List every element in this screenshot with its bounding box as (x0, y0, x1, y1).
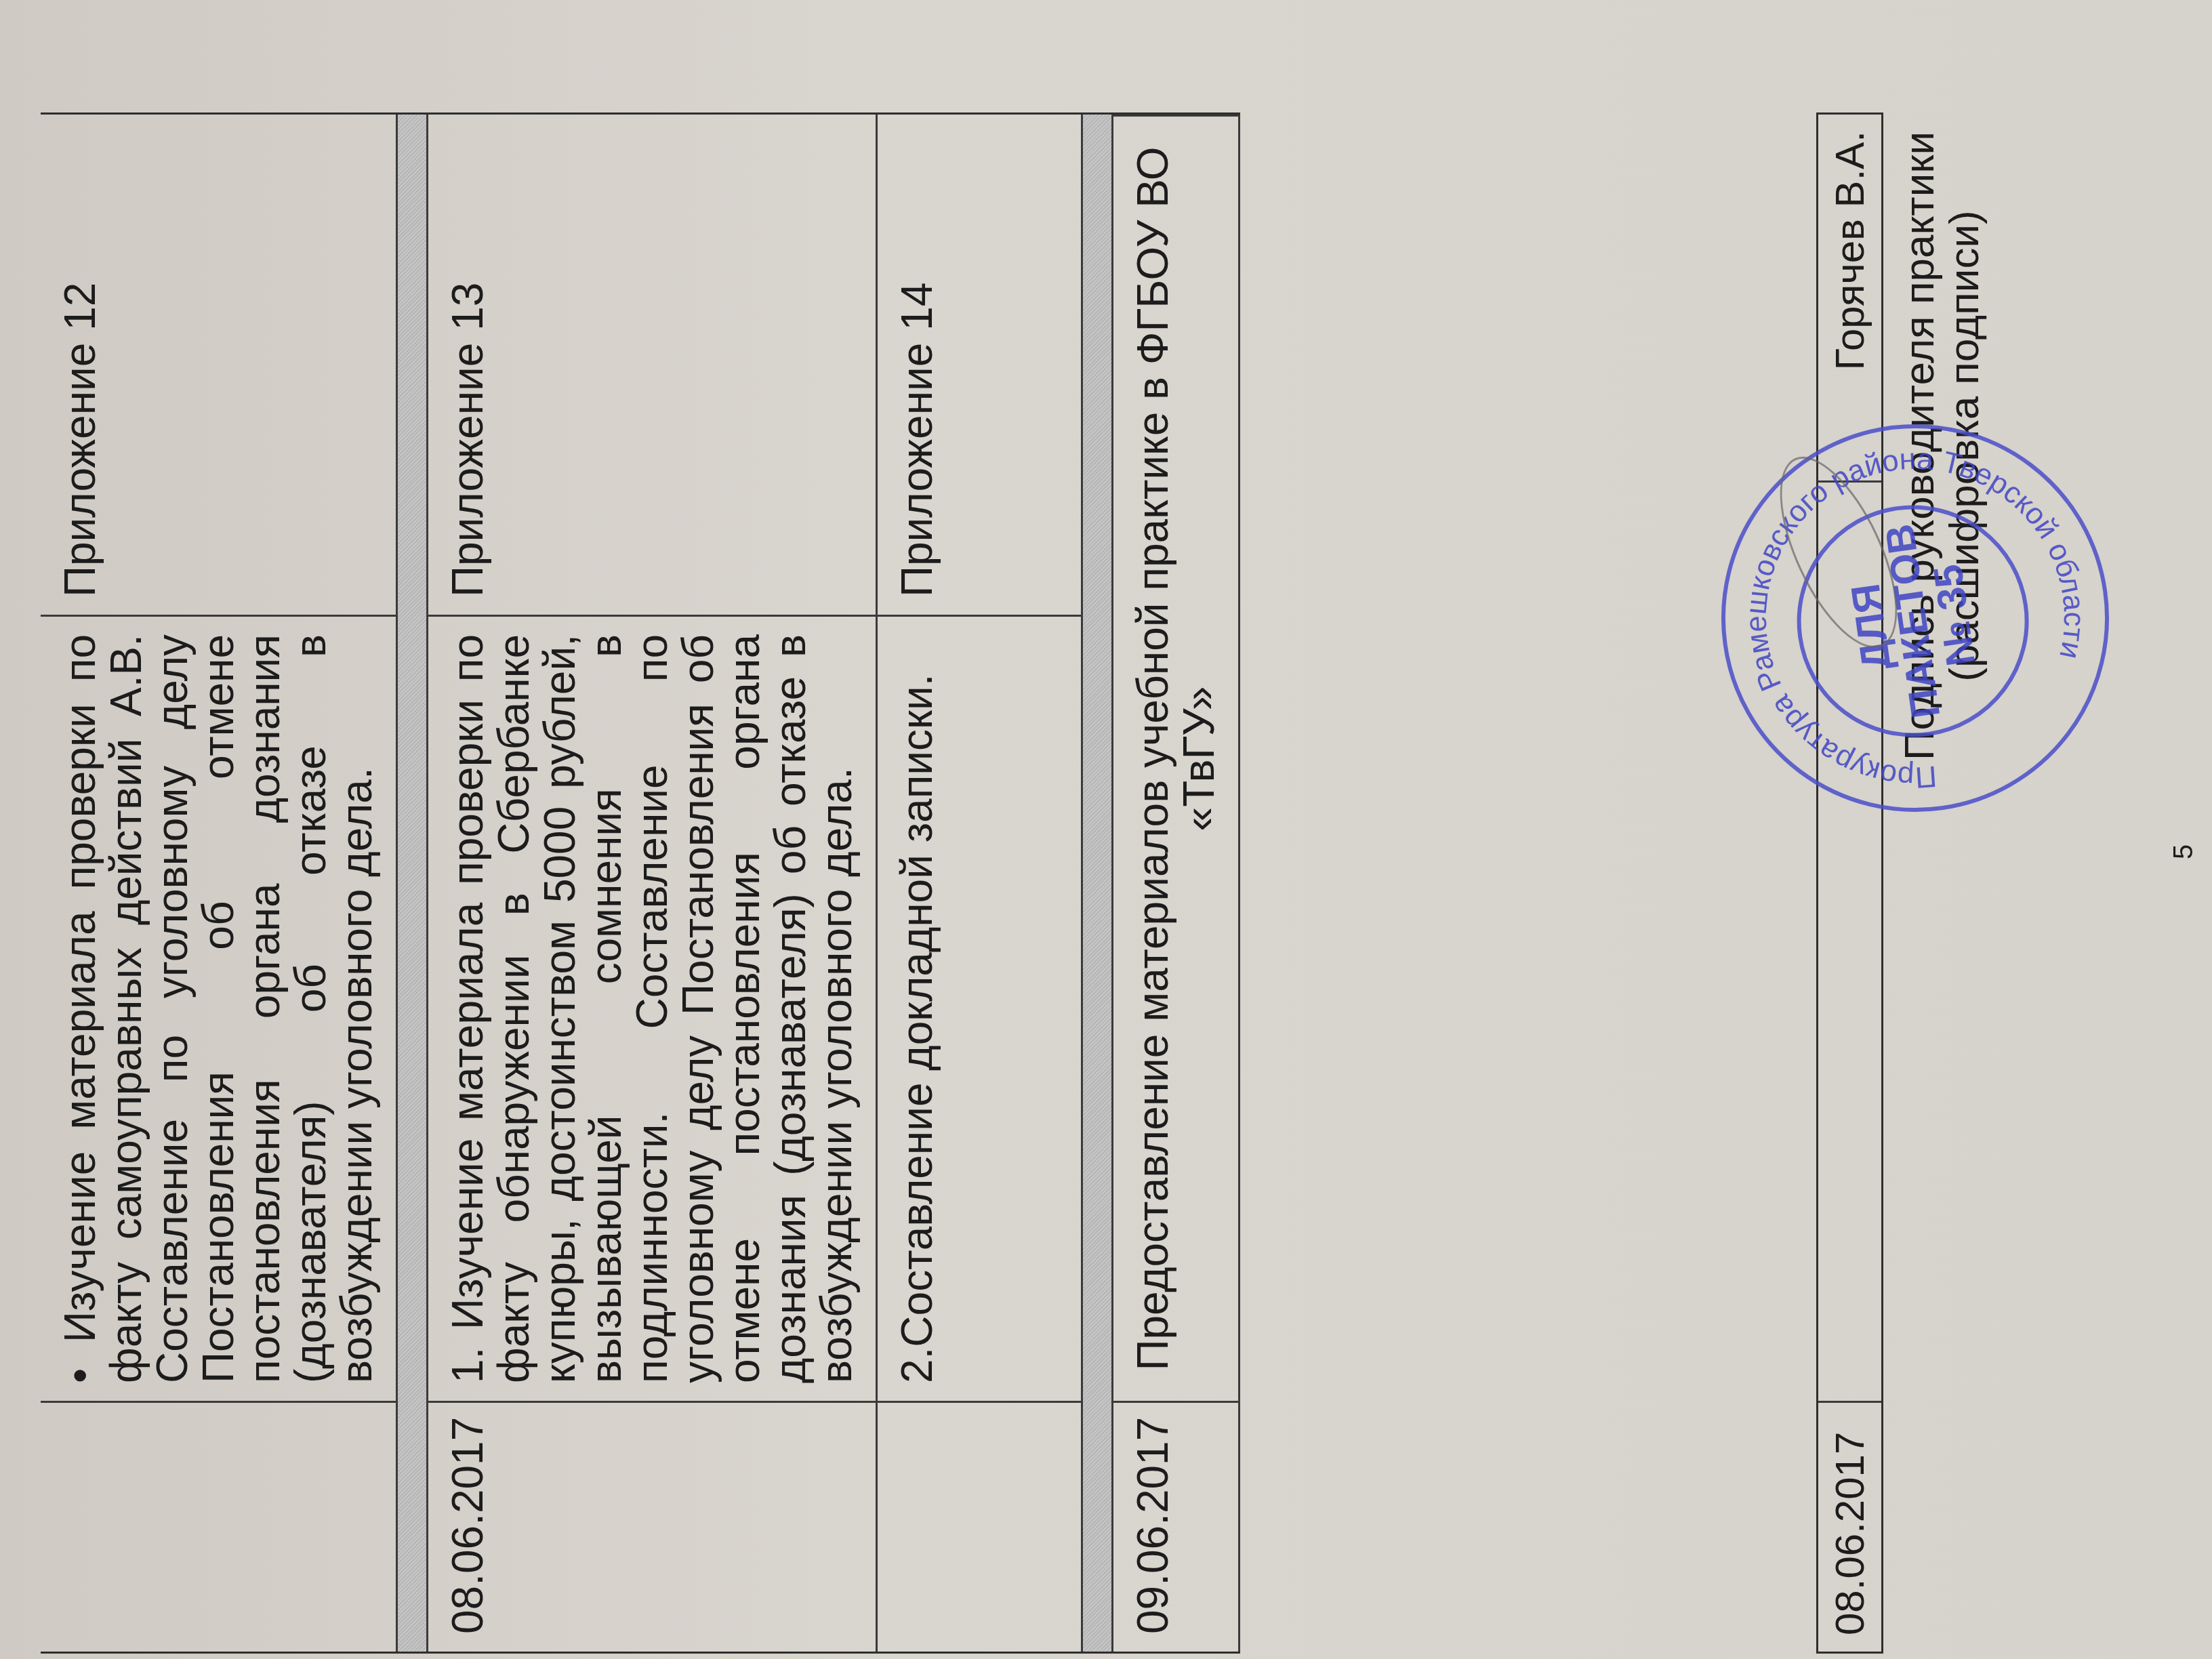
signature-table: 08.06.2017 Горячев В.А. (1816, 112, 1883, 1654)
activity-cell: Предоставление материалов учебной практи… (1113, 115, 1238, 1401)
official-stamp: Прокуратура Рамешковского района Тверско… (1696, 399, 2134, 837)
row-separator (398, 115, 428, 1652)
attachment-cell: Приложение 14 (878, 115, 1081, 615)
date-cell: 08.06.2017 (428, 1401, 876, 1652)
date-cell: 09.06.2017 (1113, 1401, 1238, 1652)
practice-log-table: •Изучение материала проверки по факту са… (41, 112, 1240, 1654)
signature-date: 08.06.2017 (1818, 1401, 1881, 1652)
supervisor-name: Горячев В.А. (1818, 115, 1881, 480)
activity-cell: •Изучение материала проверки по факту са… (41, 615, 396, 1401)
document-page: •Изучение материала проверки по факту са… (0, 0, 2212, 1659)
activity-cell: 1. Изучение материала проверки по факту … (428, 615, 876, 1401)
activity-text: Изучение материала проверки по факту сам… (56, 634, 381, 1383)
table-row: 2.Составление докладной записки. Приложе… (878, 115, 1083, 1652)
page-number: 5 (2169, 844, 2199, 859)
table-row: 08.06.2017 1. Изучение материала проверк… (428, 115, 878, 1652)
date-cell (878, 1401, 1081, 1652)
attachment-cell: Приложение 13 (428, 115, 876, 615)
date-cell (41, 1401, 396, 1652)
attachment-cell: Приложение 12 (41, 115, 396, 615)
activity-cell: 2.Составление докладной записки. (878, 615, 1081, 1401)
table-row: 09.06.2017 Предоставление материалов уче… (1113, 115, 1240, 1652)
signature-row: 08.06.2017 Горячев В.А. (1818, 115, 1881, 1652)
bullet-icon: • (57, 1343, 103, 1383)
table-row: •Изучение материала проверки по факту са… (41, 115, 398, 1652)
row-separator (1083, 115, 1113, 1652)
